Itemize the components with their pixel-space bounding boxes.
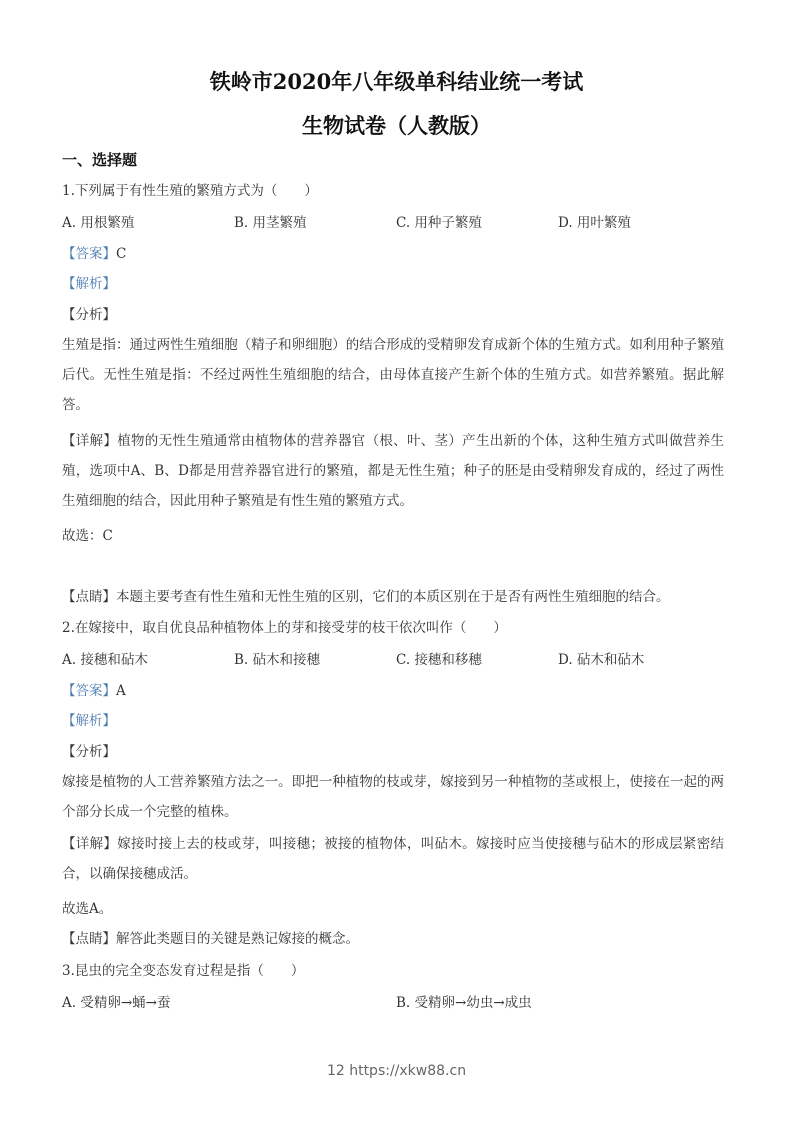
analysis-text: 嫁接是植物的人工营养繁殖方法之一。即把一种植物的枝或芽，嫁接到另一种植物的茎或根… <box>62 767 724 827</box>
detail-label: 【详解】 <box>62 836 117 852</box>
option-b: B. 砧木和接穗 <box>234 651 320 669</box>
comment-label: 【点睛】 <box>62 931 116 947</box>
option-d: D. 砧木和砧木 <box>558 651 644 669</box>
option-b: B. 受精卵→幼虫→成虫 <box>396 994 532 1012</box>
option-d: D. 用叶繁殖 <box>558 214 631 232</box>
document-page: 铁岭市2020年八年级单科结业统一考试 生物试卷（人教版） 一、选择题 1.下列… <box>0 0 793 1122</box>
detail-label: 【详解】 <box>62 433 117 449</box>
detail-text: 植物的无性生殖通常由植物体的营养器官（根、叶、茎）产生出新的个体，这种生殖方式叫… <box>62 433 724 509</box>
detail-paragraph: 【详解】嫁接时接上去的枝或芽，叫接穗；被接的植物体，叫砧木。嫁接时应当使接穗与砧… <box>62 829 724 889</box>
fenxi-label: 【分析】 <box>62 743 116 761</box>
answer-label: 【答案】 <box>62 683 116 699</box>
answer-line: 【答案】A <box>62 682 126 700</box>
answer-line: 【答案】C <box>62 245 126 263</box>
choice-text: 故选：C <box>62 527 113 545</box>
section-heading: 一、选择题 <box>62 151 137 169</box>
jiexi-label: 【解析】 <box>62 712 116 730</box>
option-a: A. 受精卵→蛹→蚕 <box>62 994 170 1012</box>
question-2-stem: 2.在嫁接中，取自优良品种植物体上的芽和接受芽的枝干依次叫作（ ） <box>62 619 507 637</box>
choice-text: 故选A。 <box>62 900 112 918</box>
fenxi-label: 【分析】 <box>62 306 116 324</box>
comment-text: 本题主要考查有性生殖和无性生殖的区别，它们的本质区别在于是否有两性生殖细胞的结合… <box>116 589 670 605</box>
comment-line: 【点睛】本题主要考查有性生殖和无性生殖的区别，它们的本质区别在于是否有两性生殖细… <box>62 588 670 606</box>
comment-line: 【点睛】解答此类题目的关键是熟记嫁接的概念。 <box>62 930 359 948</box>
detail-text: 嫁接时接上去的枝或芽，叫接穗；被接的植物体，叫砧木。嫁接时应当使接穗与砧木的形成… <box>62 836 724 882</box>
comment-label: 【点睛】 <box>62 589 116 605</box>
document-title: 铁岭市2020年八年级单科结业统一考试 <box>0 66 793 96</box>
comment-text: 解答此类题目的关键是熟记嫁接的概念。 <box>116 931 359 947</box>
question-3-stem: 3.昆虫的完全变态发育过程是指（ ） <box>62 962 304 980</box>
page-footer: 12 https://xkw88.cn <box>0 1063 793 1079</box>
question-1-stem: 1.下列属于有性生殖的繁殖方式为（ ） <box>62 182 318 200</box>
detail-paragraph: 【详解】植物的无性生殖通常由植物体的营养器官（根、叶、茎）产生出新的个体，这种生… <box>62 426 724 516</box>
option-b: B. 用茎繁殖 <box>234 214 307 232</box>
option-c: C. 用种子繁殖 <box>396 214 482 232</box>
option-a: A. 接穗和砧木 <box>62 651 148 669</box>
option-a: A. 用根繁殖 <box>62 214 134 232</box>
answer-value: C <box>116 246 126 262</box>
document-subtitle: 生物试卷（人教版） <box>0 110 793 140</box>
jiexi-label: 【解析】 <box>62 275 116 293</box>
analysis-text: 生殖是指：通过两性生殖细胞（精子和卵细胞）的结合形成的受精卵发育成新个体的生殖方… <box>62 330 724 420</box>
answer-label: 【答案】 <box>62 246 116 262</box>
answer-value: A <box>116 683 126 699</box>
option-c: C. 接穗和移穗 <box>396 651 482 669</box>
